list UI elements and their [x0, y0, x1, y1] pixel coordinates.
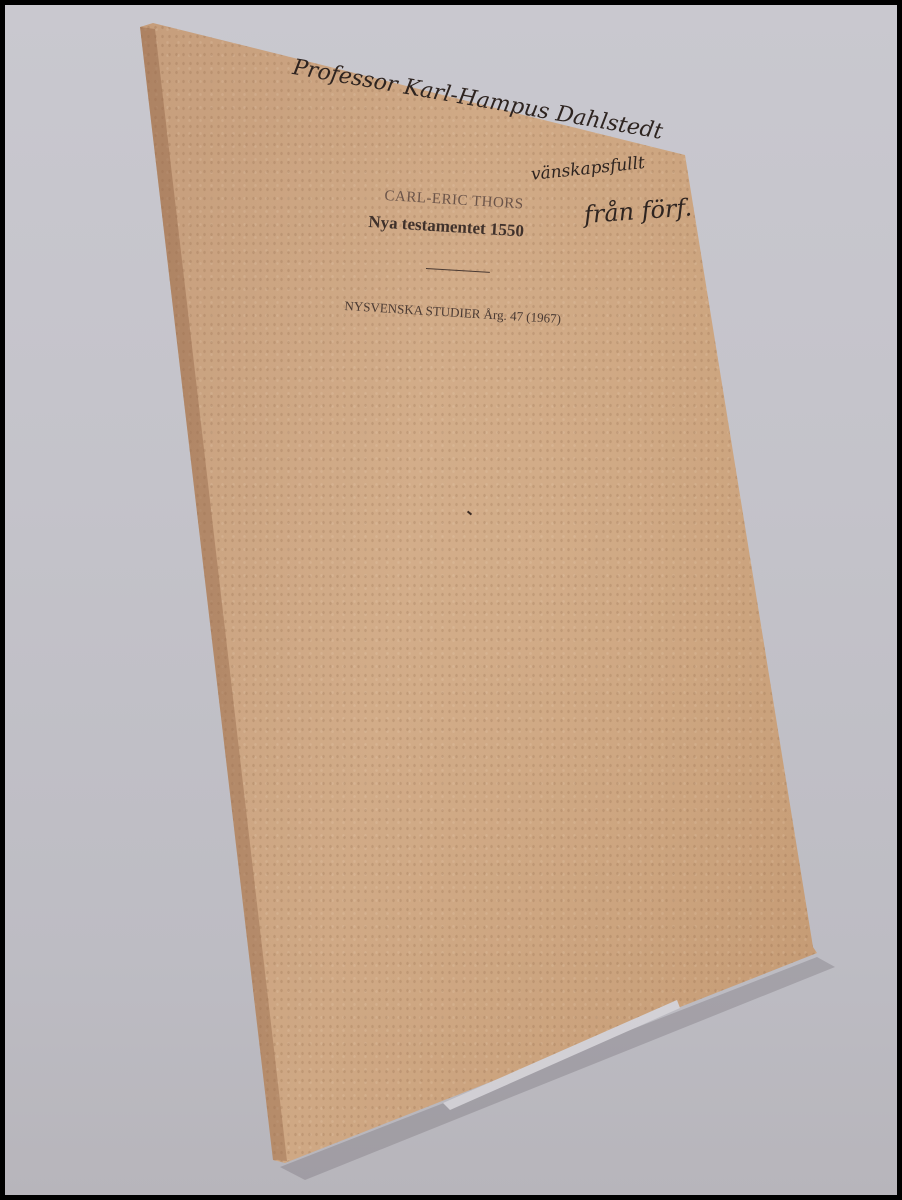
cover-text: Professor Karl-Hampus Dahlstedt vänskaps…: [5, 5, 897, 1195]
inscription-line-3: från förf.: [583, 193, 693, 228]
paper-speck: [467, 511, 472, 516]
inscription-line-2: vänskapsfullt: [530, 153, 646, 185]
series-info: NYSVENSKA STUDIER Årg. 47 (1967): [344, 298, 561, 327]
inscription-line-1: Professor Karl-Hampus Dahlstedt: [291, 55, 665, 145]
author-name: CARL-ERIC THORS: [384, 188, 524, 213]
title-divider: [426, 268, 490, 273]
photo-frame: Professor Karl-Hampus Dahlstedt vänskaps…: [5, 5, 897, 1195]
booklet-title: Nya testamentet 1550: [368, 212, 525, 241]
